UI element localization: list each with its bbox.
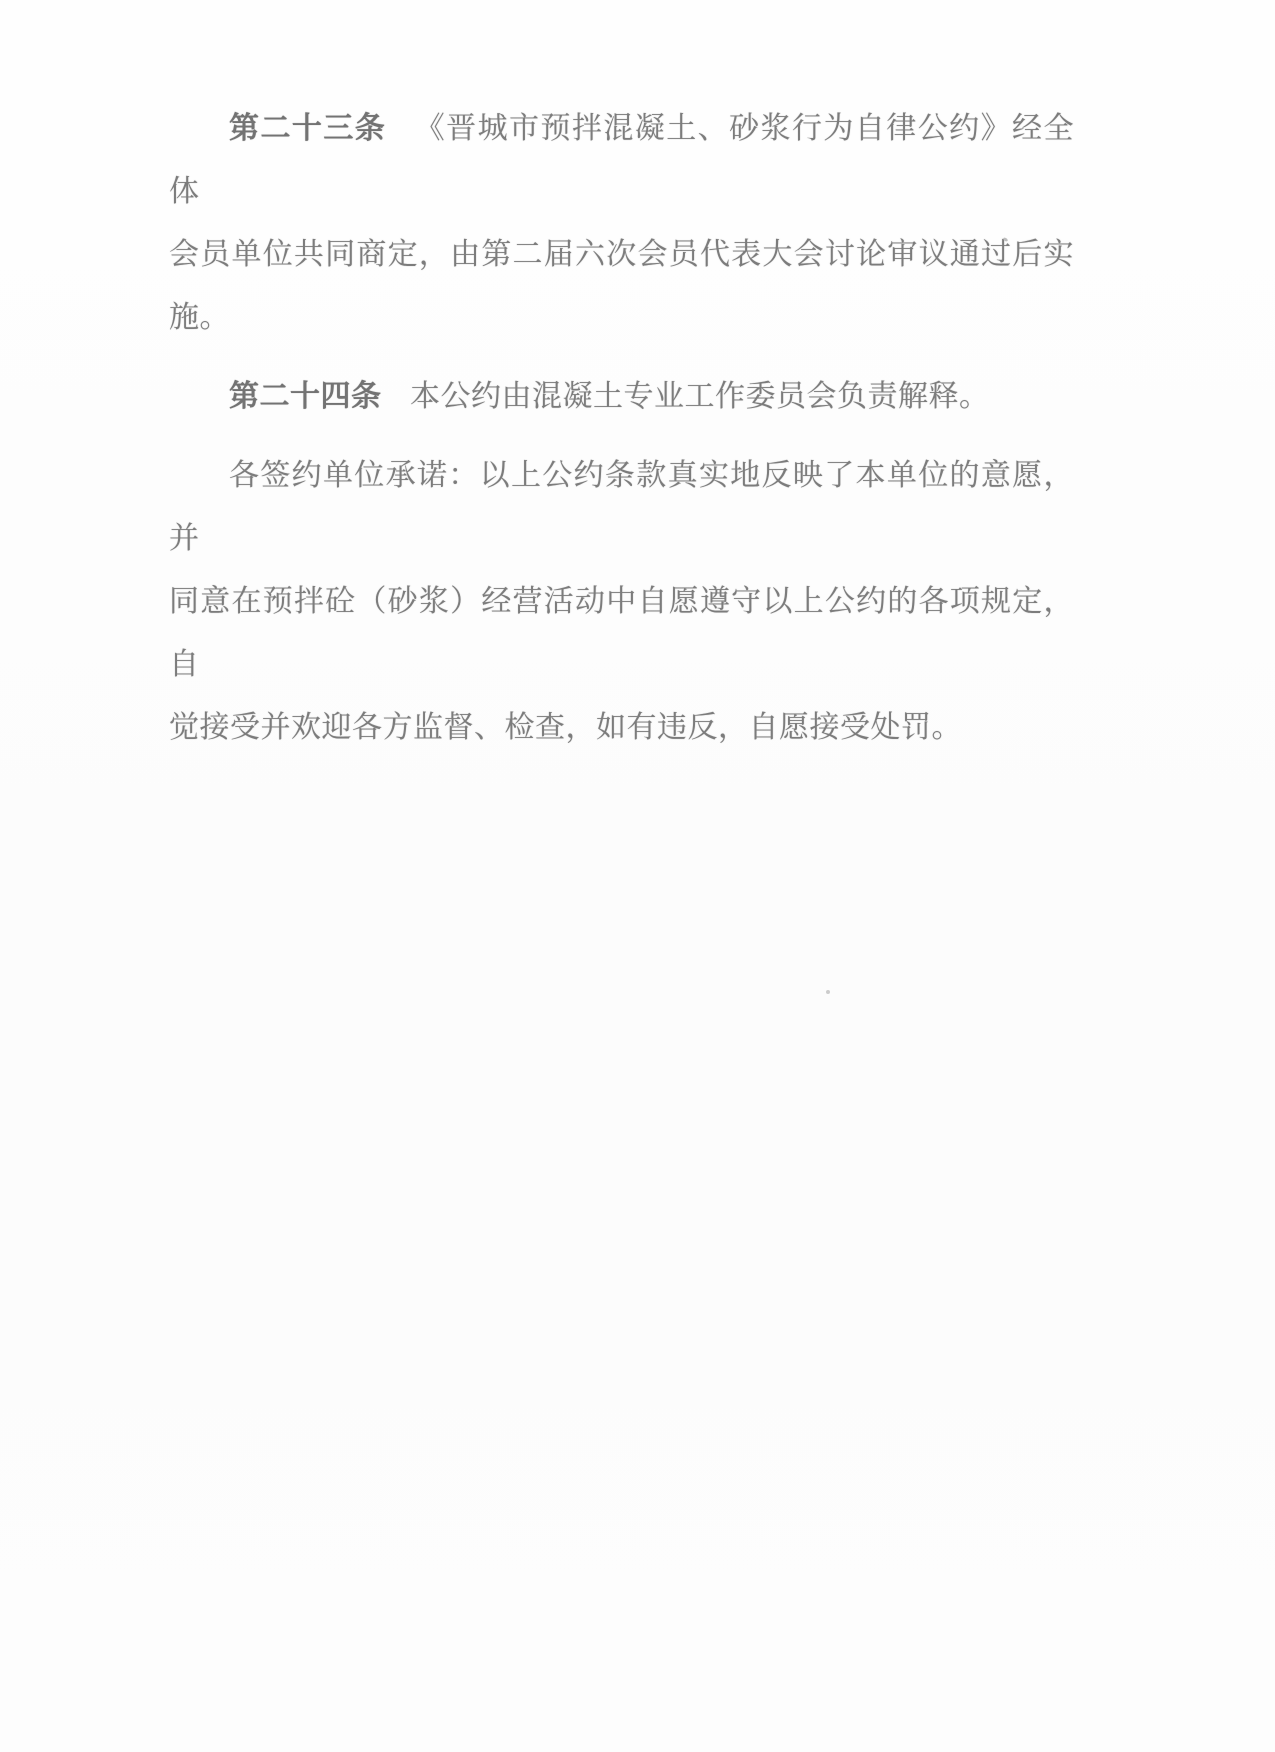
paragraph-clause-23: 第二十三条《晋城市预拌混凝土、砂浆行为自律公约》经全体 会员单位共同商定，由第二… — [169, 97, 1074, 349]
scan-speck — [826, 990, 830, 994]
clause-24-number: 第二十四条 — [229, 380, 382, 413]
clause-23-number: 第二十三条 — [229, 112, 386, 145]
scanned-document-page: 第二十三条《晋城市预拌混凝土、砂浆行为自律公约》经全体 会员单位共同商定，由第二… — [0, 0, 1275, 1752]
pledge-line-1: 各签约单位承诺：以上公约条款真实地反映了本单位的意愿，并 — [169, 444, 1074, 570]
paragraph-clause-24: 第二十四条本公约由混凝土专业工作委员会负责解释。 — [169, 365, 1074, 428]
clause-23-line-3: 施。 — [169, 286, 1074, 349]
clause-24-line-1: 第二十四条本公约由混凝土专业工作委员会负责解释。 — [169, 365, 1074, 428]
pledge-line-3: 觉接受并欢迎各方监督、检查，如有违反，自愿接受处罚。 — [169, 696, 1074, 759]
pledge-line-2: 同意在预拌砼（砂浆）经营活动中自愿遵守以上公约的各项规定，自 — [169, 570, 1074, 696]
clause-24-text: 本公约由混凝土专业工作委员会负责解释。 — [410, 380, 990, 413]
document-body: 第二十三条《晋城市预拌混凝土、砂浆行为自律公约》经全体 会员单位共同商定，由第二… — [169, 97, 1074, 775]
paragraph-pledge: 各签约单位承诺：以上公约条款真实地反映了本单位的意愿，并 同意在预拌砼（砂浆）经… — [169, 444, 1074, 759]
clause-23-line-1: 第二十三条《晋城市预拌混凝土、砂浆行为自律公约》经全体 — [169, 97, 1074, 223]
clause-23-line-2: 会员单位共同商定，由第二届六次会员代表大会讨论审议通过后实 — [169, 223, 1074, 286]
